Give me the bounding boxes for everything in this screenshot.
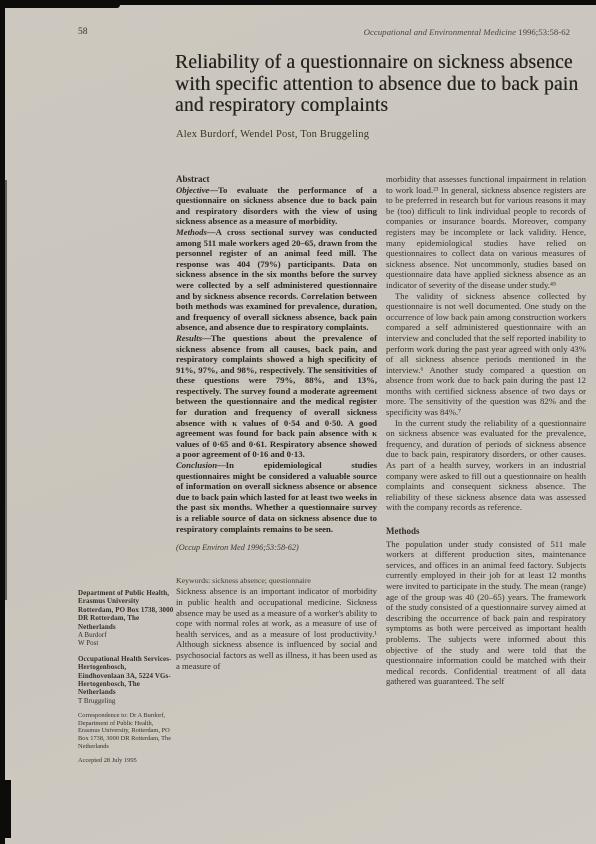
- accepted-date: Accepted 28 July 1995: [78, 757, 174, 765]
- intro-paragraph: Sickness absence is an important indicat…: [176, 586, 377, 671]
- journal-running-head: Occupational and Environmental Medicine …: [364, 27, 570, 37]
- methods-section-heading: Methods: [386, 526, 586, 537]
- intro-paragraph: The validity of sickness absence collect…: [386, 291, 586, 418]
- abstract-section-text: —In epidemiological studies questionnair…: [176, 460, 377, 534]
- affiliation-author: W Post: [78, 639, 174, 647]
- right-column: morbidity that assesses functional impai…: [386, 174, 586, 687]
- abstract-objective: Objective—To evaluate the performance of…: [176, 185, 377, 227]
- author-byline: Alex Burdorf, Wendel Post, Ton Bruggelin…: [176, 129, 369, 140]
- abstract-block: Abstract Objective—To evaluate the perfo…: [176, 174, 377, 586]
- scan-edge-bottom-left: [0, 780, 11, 838]
- intro-paragraph: In the current study the reliability of …: [386, 418, 586, 513]
- affiliation-block-2: Occupational Health Services-Hertogenbos…: [78, 655, 174, 705]
- journal-volume-ref: 1996;53:58-62: [516, 27, 570, 37]
- abstract-methods: Methods—A cross sectional survey was con…: [176, 227, 377, 333]
- affiliation-author: T Bruggeling: [78, 697, 174, 705]
- abstract-section-label: Conclusion: [176, 460, 217, 470]
- correspondence-note: Correspondence to: Dr A Burdorf, Departm…: [78, 712, 174, 750]
- journal-name: Occupational and Environmental Medicine: [364, 27, 516, 37]
- abstract-section-label: Results: [176, 333, 202, 343]
- abstract-heading: Abstract: [176, 174, 377, 185]
- scan-edge-left-shadow: [5, 180, 7, 600]
- scan-edge-top-lump: [0, 5, 120, 8]
- abstract-conclusion: Conclusion—In epidemiological studies qu…: [176, 460, 377, 534]
- keywords-line: Keywords: sickness absence; questionnair…: [176, 576, 377, 587]
- article-title-line: with specific attention to absence due t…: [175, 74, 587, 96]
- article-title-line: and respiratory complaints: [175, 95, 587, 117]
- abstract-section-text: —A cross sectional survey was conducted …: [176, 227, 377, 332]
- abstract-section-label: Objective: [176, 185, 209, 195]
- article-title: Reliability of a questionnaire on sickne…: [175, 52, 587, 117]
- abstract-section-label: Methods: [176, 227, 207, 237]
- methods-paragraph: The population under study consisted of …: [386, 539, 586, 687]
- affiliation-block-1: Department of Public Health, Erasmus Uni…: [78, 589, 174, 648]
- journal-page-scan: 58 Occupational and Environmental Medici…: [0, 0, 596, 844]
- page-number: 58: [78, 27, 88, 37]
- citation-line: (Occup Environ Med 1996;53:58-62): [176, 543, 377, 554]
- affiliation-author: A Burdorf: [78, 631, 174, 639]
- margin-affiliations: Department of Public Health, Erasmus Uni…: [78, 589, 174, 765]
- intro-paragraph-continued: morbidity that assesses functional impai…: [386, 174, 586, 291]
- affiliation-address: Department of Public Health, Erasmus Uni…: [78, 589, 174, 631]
- article-title-line: Reliability of a questionnaire on sickne…: [175, 52, 587, 74]
- abstract-results: Results—The questions about the prevalen…: [176, 333, 377, 460]
- left-column: Abstract Objective—To evaluate the perfo…: [176, 174, 377, 671]
- abstract-section-text: —The questions about the prevalence of s…: [176, 333, 377, 460]
- affiliation-address: Occupational Health Services-Hertogenbos…: [78, 655, 174, 697]
